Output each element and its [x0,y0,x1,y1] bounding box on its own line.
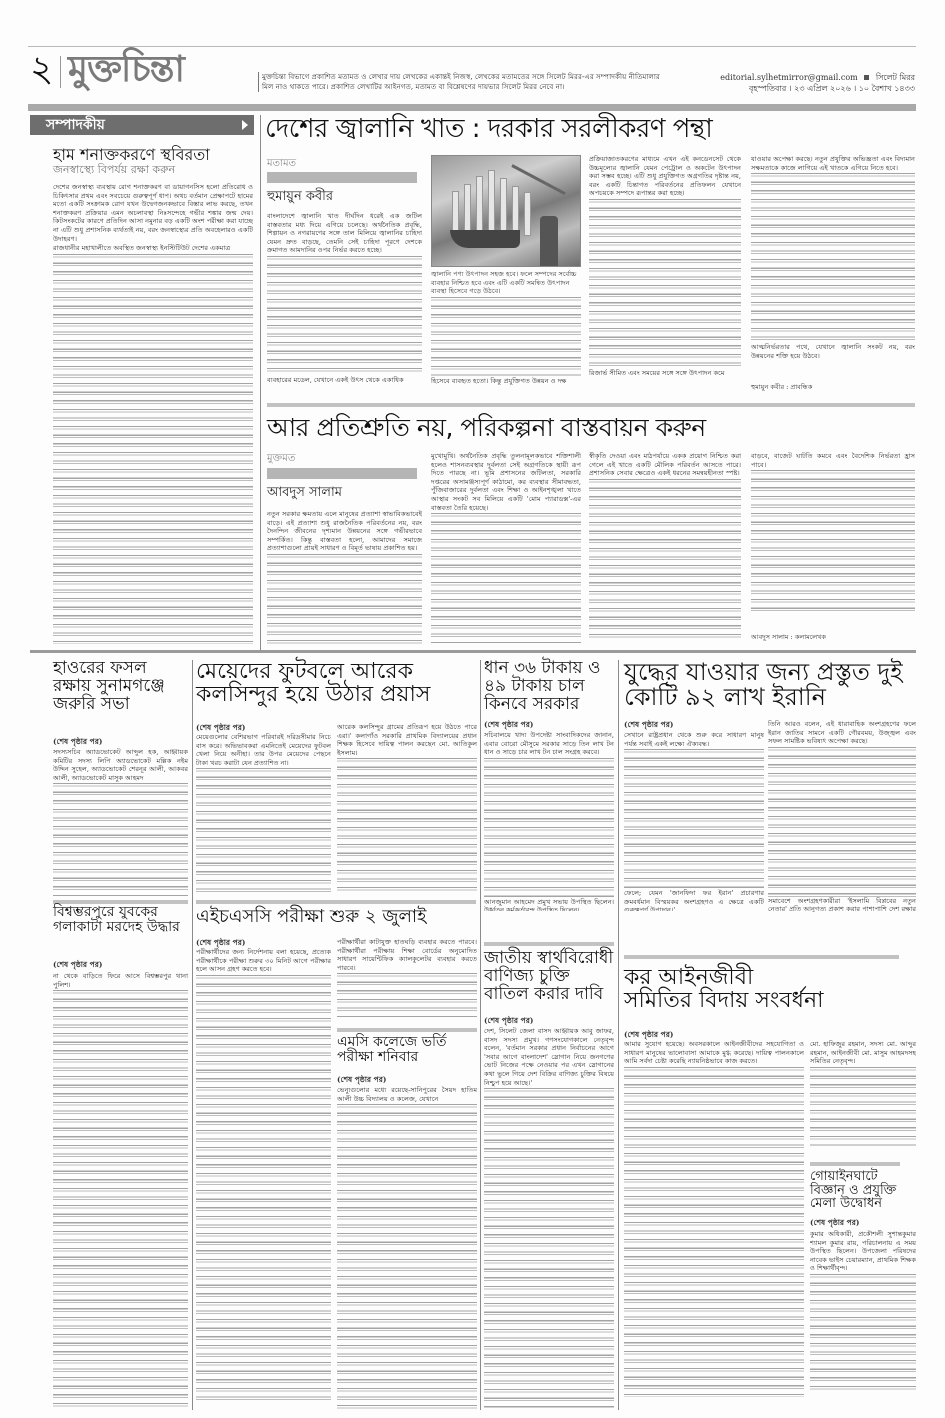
column-divider [192,660,193,1410]
news-headline-iran[interactable]: যুদ্ধের যাওয়ার জন্য প্রস্তুত দুই কোটি ৯… [624,660,924,710]
section-rule [267,403,915,407]
downward-arrow-icon [511,164,565,195]
news-headline-football[interactable]: মেয়েদের ফুটবলে আরেক কলসিন্দুর হয়ে উঠার… [196,660,476,706]
news-body-football-1: মেয়েগুলোর বেশিরভাগ পরিবারই দরিদ্রসীমার … [196,733,331,893]
editorial-headline: হাম শনাক্তকরণে স্থবিরতা [53,146,210,164]
kicker-strip [267,172,417,183]
top-rule [28,46,916,47]
news-headline-mc-college[interactable]: এমসি কলেজে ভর্তি পরীক্ষা শনিবার [337,1035,477,1064]
page-number: ২ [30,50,53,90]
editorial-subheadline: জনস্বাস্থ্যে বিপর্যয় রক্ষা করুন [53,163,175,177]
lead-kicker: মতামত [267,156,296,173]
section-rule [337,1028,477,1032]
disclaimer-line-2: মিল নাও থাকতে পারে। প্রকাশিত লেখাটির আইন… [262,82,698,92]
date-line: বৃহস্পতিবার । ২৩ এপ্রিল ২০২৬ । ১০ বৈশাখ … [720,83,915,94]
paper-name: সিলেট মিরর [876,73,915,82]
square-bullet-icon [864,75,869,80]
section-rule [624,955,899,959]
section-title: মুক্তচিন্তা [68,48,184,90]
lead-col-4: যাওয়ার অপেক্ষা করছে। নতুন প্রযুক্তির অভ… [751,155,915,375]
second-col-1: নতুন সরকার ক্ষমতায় এলে মানুষের প্রত্যাশ… [267,510,422,645]
arrow-right-icon [242,120,248,130]
editorial-body: দেশের জনস্বাস্থ্য ব্যবস্থায় রোগ শনাক্তক… [53,183,253,646]
column-divider [480,660,481,1410]
disclaimer-line-1: মুক্তচিন্তা বিভাগে প্রকাশিত মতামত ও লেখা… [262,72,698,82]
lead-signature: হুমায়ুন কবীর : প্রাবন্ধিক [751,382,812,393]
news-body-mc-college: ভেন্যুগুলোর মধ্যে রয়েছে-সানিপুরের সৈয়দ… [337,1086,477,1411]
second-col-2: মুখোমুখি। অর্থনৈতিক প্রবৃদ্ধি তুলনামূলকভ… [431,452,581,645]
news-body-football-2: আরেক কলসিন্দুর গ্রামের প্রতিরূপ হয়ে উঠত… [337,723,477,893]
lead-col-3: প্রক্রিয়াজাতকরণের মাধ্যমে এখন এই কনডেনস… [589,155,741,392]
news-headline-trade[interactable]: জাতীয় স্বার্থবিরোধী বাণিজ্য চুক্তি বাতি… [484,950,614,1004]
second-headline: আর প্রতিশ্রুতি নয়, পরিকল্পনা বাস্তবায়ন… [267,413,706,443]
news-body-science-fair: কুমার অধিকারী, প্রকৌশলী সুশান্তকুমার শ্য… [810,1230,916,1410]
news-body-paddy: সচিবালয়ে খাদ্য উপদেষ্টা সাংবাদিকদের জান… [484,731,614,911]
lead-author: হুমায়ুন কবীর [267,187,333,208]
photo-caption: জ্বালানি পণ্য উৎপাদন সহজ হবে। ফলে সম্পদে… [431,270,581,295]
tanker-ship-icon [450,230,520,248]
news-body-tax-lawyers: আমার সুযোগ হয়েছে। অবসরকালে আইনজীবীদের স… [624,1040,804,1412]
lead-headline: দেশের জ্বালানি খাত : দরকার সরলীকরণ পন্থা [265,113,712,145]
news-body-tax-lawyers-2: মো. হাফিজুর রহমান, সদস্য মো. আব্দুর রহমা… [810,1040,916,1155]
news-headline-haor[interactable]: হাওরের ফসল রক্ষায় সুনামগঞ্জে জরুরি সভা [53,660,188,714]
lead-col-2: হিসেবে ব্যবহৃত হতো। কিন্তু প্রযুক্তিগত উ… [431,297,581,392]
editorial-email[interactable]: editorial.sylhetmirror@gmail.com [720,73,857,82]
news-body-hsc-1: পরীক্ষার্থীদের জন্য নির্দেশনায় বলা হয়ে… [196,948,331,1408]
fuel-nozzle-icon [540,216,558,266]
news-body-haor: সদস্যসচিব অ্যাডভোকেট আব্দুল হক, আহ্বায়ক… [53,748,188,896]
editorial-lead-paragraph: দেশের জনস্বাস্থ্য ব্যবস্থায় রোগ শনাক্তক… [53,183,253,243]
masthead-bar [28,104,916,111]
news-body-iran-2: তিনি আরও বলেন, এই ধারাবাহিক অংশগ্রহণের ফ… [768,720,916,912]
column-divider [618,660,619,1410]
section-rule [30,650,916,653]
second-col-4: বাড়বে, বাজেট ঘাটতি কমবে এবং বৈদেশিক নির… [751,452,915,612]
second-kicker: মুক্তমত [267,451,295,468]
section-rule [484,942,614,946]
news-headline-murder[interactable]: বিশ্বম্ভরপুরে যুবকের গলাকাটা মরদেহ উদ্ধা… [53,905,188,934]
contact-block: editorial.sylhetmirror@gmail.com সিলেট ম… [720,72,915,94]
news-headline-paddy[interactable]: ধান ৩৬ টাকায় ও ৪৯ টাকায় চাল কিনবে সরকা… [484,660,614,714]
second-signature: আবদুস সালাম : কলামলেখক [751,632,826,643]
news-body-trade: দেশ, সিলেট জেলা বাসদ আহ্বায়ক আবু জাফর, … [484,1027,614,1412]
news-headline-tax-lawyers[interactable]: কর আইনজীবী সমিতির বিদায় সংবর্ধনা [624,966,824,1012]
editorial-label: সম্পাদকীয় [30,115,254,135]
page-number-divider [60,56,61,88]
disclaimer: মুক্তচিন্তা বিভাগে প্রকাশিত মতামত ও লেখা… [258,72,698,92]
continued-label: (শেষ পৃষ্ঠার পর) [53,960,102,972]
news-headline-science-fair[interactable]: গোয়াইনঘাটে বিজ্ঞান ও প্রযুক্তি মেলা উদ্… [810,1170,916,1211]
news-headline-hsc[interactable]: এইচএসসি পরীক্ষা শুরু ২ জুলাই [196,908,476,927]
news-body-hsc-2: পরীক্ষার্থীরা কাটাযুক্ত হাতঘড়ি ব্যবহার … [337,938,477,1018]
kicker-strip [267,468,417,479]
continued-label: (শেষ পৃষ্ঠার পর) [810,1218,859,1230]
lead-col-1: বাংলাদেশে জ্বালানি খাত দীর্ঘদিন ধরেই এক … [267,212,422,392]
energy-photo [431,155,581,267]
section-rule [810,1162,900,1166]
news-body-iran-1: সেখানে রাষ্ট্রপ্রধান থেকে শুরু করে সাধার… [624,731,764,911]
news-body-murder: না থেকে বাড়িতে ফিরে আসে বিশ্বম্ভরপুর থা… [53,972,188,1412]
editorial-second-paragraph: রাজধানীর মহাখালীতে অবস্থিত জনস্বাস্থ্য ই… [53,244,253,253]
column-divider [260,115,261,650]
second-author: আবদুস সালাম [267,483,342,504]
section-rule [196,900,476,904]
second-col-3: স্বীকৃতি দেওয়া এবং মাঠপর্যায়ে একক প্রয… [589,452,741,645]
